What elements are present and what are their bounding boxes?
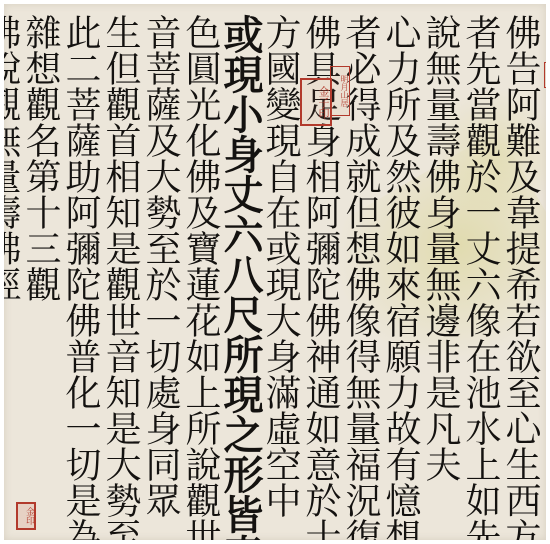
text-column-3: 說無量壽佛身量無邊非是凡夫	[420, 14, 460, 536]
text-column-2: 者先當觀於一丈六像在池水上如先所	[460, 14, 500, 536]
red-seal-center: 金子印	[300, 78, 332, 126]
text-column-7: 方國變現自在或現大身滿虛空中	[260, 14, 300, 536]
text-column-11: 生但觀首相知是觀世音知是大勢至	[100, 14, 140, 536]
text-column-14: 佛說觀無量壽佛經	[4, 14, 20, 536]
text-column-12: 此二菩薩助阿彌陀佛普化一切是為	[60, 14, 100, 536]
text-column-13: 雜想觀名第十三觀	[20, 14, 60, 536]
calligraphy-artwork: 佛告阿難及韋提希若欲至心生西方 者先當觀於一丈六像在池水上如先所 說無量壽佛身量…	[4, 4, 546, 540]
text-column-1: 佛告阿難及韋提希若欲至心生西方	[500, 14, 540, 536]
text-column-10: 音菩薩及大勢至於一切處身同眾	[140, 14, 180, 536]
text-column-8: 或現小身丈六八尺所現之形皆真金	[220, 14, 260, 536]
red-seal-top-right: 印	[544, 62, 546, 88]
red-seal-bottom-left: 金印	[16, 502, 36, 530]
text-column-9: 色圓光化佛及寶蓮花如上所說觀世	[180, 14, 220, 536]
red-seal-center-small: 明月山居	[330, 66, 350, 116]
text-column-4: 心力所及然彼如來宿願力故有憶想	[380, 14, 420, 536]
calligraphy-columns: 佛告阿難及韋提希若欲至心生西方 者先當觀於一丈六像在池水上如先所 說無量壽佛身量…	[12, 14, 540, 536]
